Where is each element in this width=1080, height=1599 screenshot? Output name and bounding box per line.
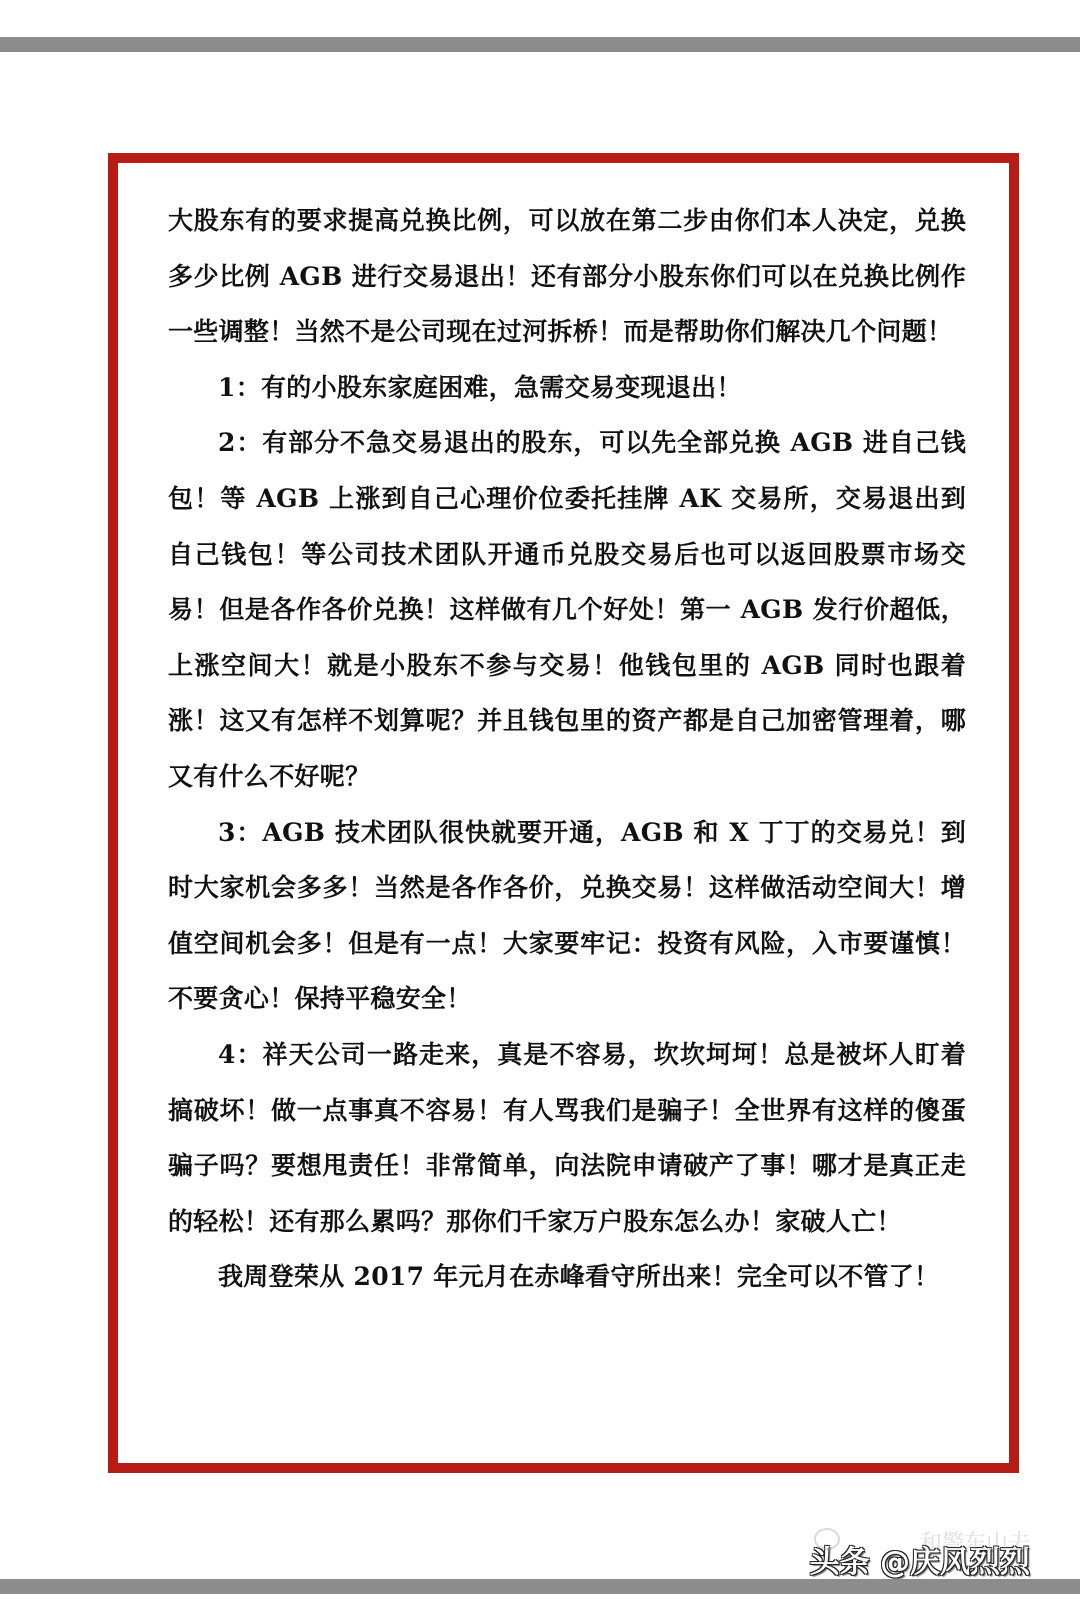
wechat-icon	[814, 1528, 840, 1550]
document-frame: 大股东有的要求提高兑换比例，可以放在第二步由你们本人决定，兑换多少比例 AGB …	[108, 153, 1019, 1473]
paragraph-point-4: 4：祥天公司一路走来，真是不容易，坎坎坷坷！总是被坏人盯着搞破坏！做一点事真不容…	[168, 1027, 966, 1249]
paragraph-point-3: 3：AGB 技术团队很快就要开通，AGB 和 X 丁丁的交易兑！到时大家机会多多…	[168, 805, 966, 1027]
paragraph-intro: 大股东有的要求提高兑换比例，可以放在第二步由你们本人决定，兑换多少比例 AGB …	[168, 193, 966, 360]
bottom-rule	[0, 1579, 1080, 1594]
ghost-watermark-text: 和警东山去	[920, 1526, 1030, 1557]
document-body: 大股东有的要求提高兑换比例，可以放在第二步由你们本人决定，兑换多少比例 AGB …	[168, 193, 966, 1305]
paragraph-point-2: 2：有部分不急交易退出的股东，可以先全部兑换 AGB 进自己钱包！等 AGB 上…	[168, 415, 966, 804]
paragraph-point-1: 1：有的小股东家庭困难，急需交易变现退出！	[168, 360, 966, 416]
source-watermark: 和警东山去 头条 @庆风烈烈	[810, 1538, 1030, 1580]
top-rule	[0, 37, 1080, 52]
paragraph-closing: 我周登荣从 2017 年元月在赤峰看守所出来！完全可以不管了！	[168, 1249, 966, 1305]
